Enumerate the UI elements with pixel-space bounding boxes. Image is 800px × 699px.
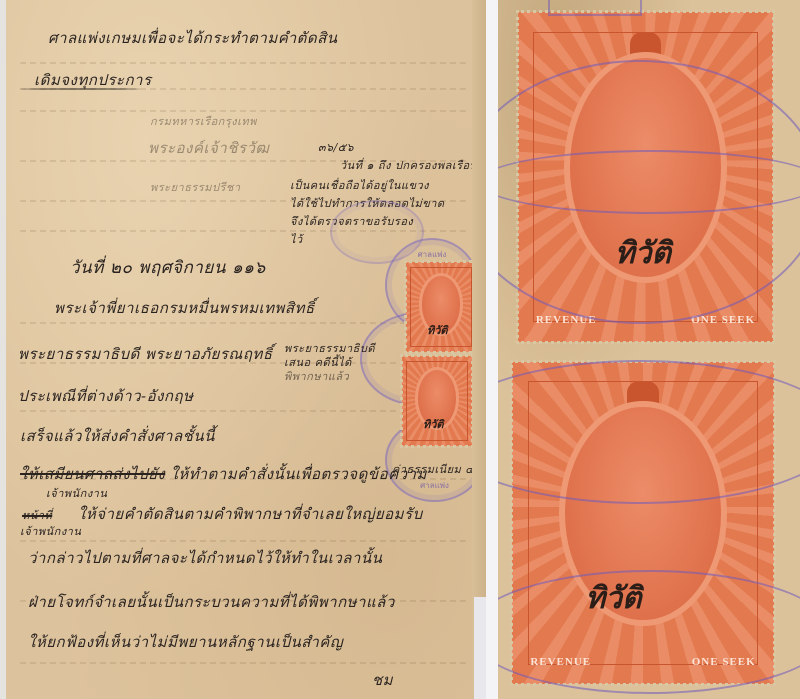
bleed-through-line [20,540,466,542]
date-line: วันที่ ๒๐ พฤศจิกายน ๑๑๖ [70,254,266,281]
body-line: ว่ากล่าวไปตามที่ศาลจะได้กำหนดไว้ให้ทำในเ… [28,546,382,570]
struck-text: ให้เสมียนศาลส่งไปยัง [20,465,165,483]
faint-line: กรมทหารเรือกรุงเทพ [150,112,257,130]
torn-paper-corner [474,597,486,699]
subheading-underline [20,88,140,90]
body-line: พระเจ้าพี่ยาเธอกรมหมื่นพรหมเทพสิทธิ์ [54,296,315,320]
body-line: พระยาธรรมาธิบดี พระยาอภัยรณฤทธิ์ [18,342,272,366]
revenue-stamp-small: ทิวัติ [402,356,472,446]
faint-line: พระยาธรรมปรีชา [150,178,241,196]
inserted-text: เจ้าพนักงาน [46,484,107,502]
cancellation-seal [498,570,800,694]
body-line: ฝ่ายโจทก์จำเลยนั้นเป็นกระบวนความที่ได้พิ… [28,590,395,614]
bleed-through-line [20,410,466,412]
revenue-stamp-small: ทิวัติ [406,262,476,352]
body-line-with-strike: ให้เสมียนศาลส่งไปยัง ให้ทำตามคำสั่งนั้นเ… [20,462,427,486]
margin-annotation: พระยาธรรมาธิบดี เสนอ คดีนี้ได้ พิพากษาแล… [284,342,375,384]
document-heading: ศาลแพ่งเกษมเพื่อจะได้กระทำตามคำตัดสิน [48,26,338,50]
cancellation-seal [498,150,800,214]
body-line: ประเพณีที่ต่างด้าว-อังกฤษ [18,384,193,408]
bleed-through-line [20,62,466,64]
side-note-line: ไว้ [290,230,303,248]
body-line: เสร็จแล้วให้ส่งคำสั่งศาลชั้นนี้ [20,424,215,448]
fee-note: ค่าธรรมเนียม ๔๐ [392,460,481,478]
signature: ชม [372,668,393,692]
paper-edge [472,0,486,699]
cancellation-seal [498,360,800,504]
seal-fragment [548,0,642,16]
body-line: ให้จ่ายคำตัดสินตามคำพิพากษาที่จำเลยใหญ่ย… [78,502,423,526]
scan-margin [0,0,6,699]
side-note-number: ๓๖/๕๖ [318,138,354,156]
panel-divider [486,0,498,699]
side-note-line: เป็นคนเชื่อถือได้อยู่ในแขวง [290,176,429,194]
stamp-closeup-panel: REVENUE ONE SEEK ทิวัติ REVENUE ONE SEEK… [498,0,800,699]
document-page-left: ศาลแพ่งเกษมเพื่อจะได้กระทำตามคำตัดสิน เด… [0,0,486,699]
body-line: ให้ยกฟ้องที่เห็นว่าไม่มีพยานหลักฐานเป็นส… [28,630,343,654]
inserted-text: เจ้าพนักงาน [20,522,81,540]
side-note-line: วันที่ ๑ ถึง ปกครองพลเรือน [340,156,478,174]
bleed-through-line [20,662,466,664]
faint-line: พระองค์เจ้าชิรวัฒ [148,136,269,160]
